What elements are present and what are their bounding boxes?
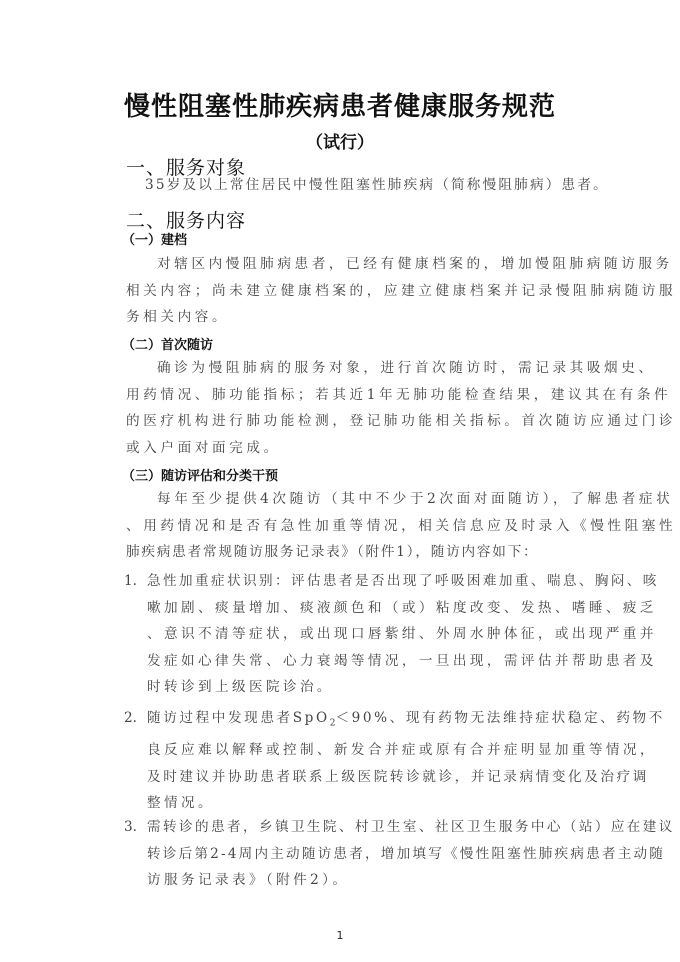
document-page: 慢性阻塞性肺疾病患者健康服务规范 （试行） 一、服务对象 35岁及以上常住居民中… bbox=[0, 0, 680, 962]
first-followup-paragraph: 确诊为慢阻肺病的服务对象，进行首次随访时，需记录其吸烟史、 用药情况、肺功能指标… bbox=[126, 355, 604, 461]
text-line: 肺疾病患者常规随访服务记录表》（附件1），随访内容如下： bbox=[126, 539, 604, 566]
page-number: 1 bbox=[0, 929, 680, 942]
subsection-heading-filing: （一）建档 bbox=[122, 229, 187, 248]
assessment-paragraph: 每年至少提供4次随访（其中不少于2次面对面随访），了解患者症状 、用药情况和是否… bbox=[126, 486, 604, 566]
text-line: 随访过程中发现患者SpO2＜90%、现有药物无法维持症状稳定、药物不 bbox=[147, 705, 602, 737]
text-line: 或入户面对面完成。 bbox=[126, 435, 604, 462]
list-item-2: 2. 随访过程中发现患者SpO2＜90%、现有药物无法维持症状稳定、药物不 良反… bbox=[124, 705, 602, 817]
text-line: 及时建议并协助患者联系上级医院转诊就诊，并记录病情变化及治疗调 bbox=[147, 764, 602, 791]
subsection-heading-first-followup: （二）首次随访 bbox=[122, 334, 213, 353]
text-fragment: ＜90%、现有药物无法维持症状稳定、药物不 bbox=[335, 710, 665, 726]
text-line: 的医疗机构进行肺功能检测，登记肺功能相关指标。首次随访应通过门诊 bbox=[126, 408, 604, 435]
list-item-number: 2. bbox=[124, 705, 137, 732]
text-line: 良反应难以解释或控制、新发合并症或原有合并症明显加重等情况， bbox=[147, 737, 602, 764]
text-line: 35岁及以上常住居民中慢性阻塞性肺疾病（简称慢阻肺病）患者。 bbox=[145, 172, 615, 199]
text-line: 用药情况、肺功能指标；若其近1年无肺功能检查结果，建议其在有条件 bbox=[126, 382, 604, 409]
list-item-number: 3. bbox=[124, 814, 137, 841]
text-line: 急性加重症状识别：评估患者是否出现了呼吸困难加重、喘息、胸闷、咳 bbox=[147, 568, 602, 595]
list-item-number: 1. bbox=[124, 568, 137, 595]
text-line: 相关内容；尚未建立健康档案的，应建立健康档案并记录慢阻肺病随访服 bbox=[126, 278, 604, 305]
text-line: 需转诊的患者，乡镇卫生院、村卫生室、社区卫生服务中心（站）应在建议 bbox=[147, 814, 602, 841]
text-fragment: 随访过程中发现患者SpO bbox=[147, 710, 330, 726]
text-line: 转诊后第2-4周内主动随访患者，增加填写《慢性阻塞性肺疾病患者主动随 bbox=[147, 841, 602, 868]
list-item-1: 1. 急性加重症状识别：评估患者是否出现了呼吸困难加重、喘息、胸闷、咳 嗽加剧、… bbox=[124, 568, 602, 701]
text-line: 每年至少提供4次随访（其中不少于2次面对面随访），了解患者症状 bbox=[126, 486, 604, 513]
text-line: 、用药情况和是否有急性加重等情况，相关信息应及时录入《慢性阻塞性 bbox=[126, 513, 604, 540]
text-line: 对辖区内慢阻肺病患者，已经有健康档案的，增加慢阻肺病随访服务 bbox=[126, 251, 604, 278]
document-title: 慢性阻塞性肺疾病患者健康服务规范 bbox=[0, 86, 680, 123]
text-line: 、意识不清等症状，或出现口唇紫绀、外周水肿体征，或出现严重并 bbox=[147, 621, 602, 648]
text-line: 时转诊到上级医院诊治。 bbox=[147, 674, 602, 701]
text-line: 嗽加剧、痰量增加、痰液颜色和（或）粘度改变、发热、嗜睡、疲乏 bbox=[147, 595, 602, 622]
service-target-text: 35岁及以上常住居民中慢性阻塞性肺疾病（简称慢阻肺病）患者。 bbox=[145, 172, 615, 199]
text-line: 确诊为慢阻肺病的服务对象，进行首次随访时，需记录其吸烟史、 bbox=[126, 355, 604, 382]
text-line: 发症如心律失常、心力衰竭等情况，一旦出现，需评估并帮助患者及 bbox=[147, 648, 602, 675]
text-line: 整情况。 bbox=[147, 790, 602, 817]
subsection-heading-assessment: （三）随访评估和分类干预 bbox=[122, 465, 278, 484]
list-item-3: 3. 需转诊的患者，乡镇卫生院、村卫生室、社区卫生服务中心（站）应在建议 转诊后… bbox=[124, 814, 602, 894]
text-line: 访服务记录表》（附件2）。 bbox=[147, 867, 602, 894]
document-subtitle: （试行） bbox=[0, 128, 680, 153]
text-line: 务相关内容。 bbox=[126, 304, 604, 331]
filing-paragraph: 对辖区内慢阻肺病患者，已经有健康档案的，增加慢阻肺病随访服务 相关内容；尚未建立… bbox=[126, 251, 604, 331]
